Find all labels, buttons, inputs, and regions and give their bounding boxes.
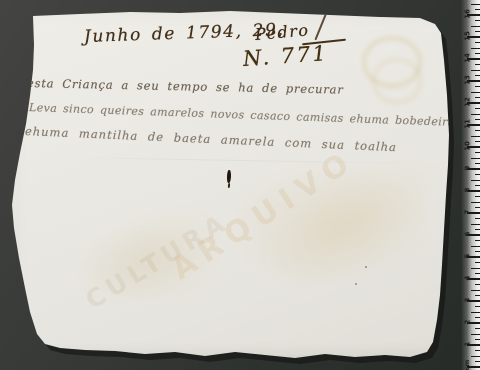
ruler-tick (475, 20, 480, 21)
ruler-tick (471, 224, 480, 225)
ruler-number: 1 (464, 338, 472, 351)
ruler-tick (475, 262, 480, 263)
ruler-tick (475, 284, 480, 285)
ruler-number: 6 (464, 228, 472, 241)
ruler-tick (471, 4, 480, 5)
ruler-tick (475, 218, 480, 219)
ruler-tick (471, 114, 480, 115)
ruler-number: 11 (464, 118, 472, 131)
ruler-tick (475, 152, 480, 153)
photo-background: ARQUIVO CULTURA Junho de 1794, 29, Pedro… (0, 0, 480, 370)
ruler-number: 5 (464, 250, 472, 263)
ruler-tick (475, 31, 480, 32)
cm-scale-ruler: cm 16151413121110987654321 (461, 0, 480, 370)
ruler-tick (471, 356, 480, 357)
ruler-tick (471, 180, 480, 181)
ruler-tick (471, 48, 480, 49)
ruler-number: 2 (464, 316, 472, 329)
ruler-unit-label: cm (463, 358, 471, 370)
paper-speck (365, 266, 367, 268)
ink-blot (227, 170, 231, 183)
ruler-tick (471, 290, 480, 291)
ruler-tick (475, 86, 480, 87)
ruler-tick (471, 312, 480, 313)
ruler-tick (475, 317, 480, 318)
ruler-number: 14 (464, 52, 472, 65)
ruler-tick (475, 141, 480, 142)
ruler-tick (471, 158, 480, 159)
ruler-number: 16 (464, 8, 472, 21)
ruler-number: 10 (464, 140, 472, 153)
ruler-number: 3 (464, 294, 472, 307)
ruler-tick (475, 240, 480, 241)
ruler-number: 4 (464, 272, 472, 285)
paper-edge-shading (0, 0, 480, 370)
ruler-tick (475, 295, 480, 296)
ruler-number: 8 (464, 184, 472, 197)
manuscript-paper: ARQUIVO CULTURA Junho de 1794, 29, Pedro… (0, 0, 480, 370)
paper-speck (355, 283, 357, 285)
ruler-tick (475, 350, 480, 351)
ruler-number: 13 (464, 74, 472, 87)
ruler-tick (475, 361, 480, 362)
ruler-tick (475, 328, 480, 329)
ruler-number: 7 (464, 206, 472, 219)
ruler-tick (475, 97, 480, 98)
ruler-tick (475, 53, 480, 54)
ruler-tick (471, 70, 480, 71)
ruler-tick (471, 26, 480, 27)
ruler-tick (475, 339, 480, 340)
ruler-tick (475, 229, 480, 230)
ruler-tick (475, 251, 480, 252)
ruler-tick (475, 9, 480, 10)
ruler-tick (471, 246, 480, 247)
ruler-tick (475, 196, 480, 197)
ruler-tick (475, 163, 480, 164)
ruler-tick (475, 306, 480, 307)
ruler-tick (475, 130, 480, 131)
ruler-tick (475, 207, 480, 208)
ruler-tick (471, 202, 480, 203)
ruler-tick (475, 75, 480, 76)
ruler-tick (471, 334, 480, 335)
ruler-tick (475, 64, 480, 65)
ruler-tick (475, 108, 480, 109)
ruler-tick (467, 366, 480, 368)
ruler-tick (475, 42, 480, 43)
ruler-tick (475, 174, 480, 175)
ruler-tick (475, 185, 480, 186)
ruler-number: 12 (464, 96, 472, 109)
ruler-tick (471, 268, 480, 269)
ruler-tick (475, 119, 480, 120)
ruler-tick (471, 136, 480, 137)
ruler-tick (471, 92, 480, 93)
ruler-number: 15 (464, 30, 472, 43)
ruler-tick (475, 273, 480, 274)
ruler-number: 9 (464, 162, 472, 175)
